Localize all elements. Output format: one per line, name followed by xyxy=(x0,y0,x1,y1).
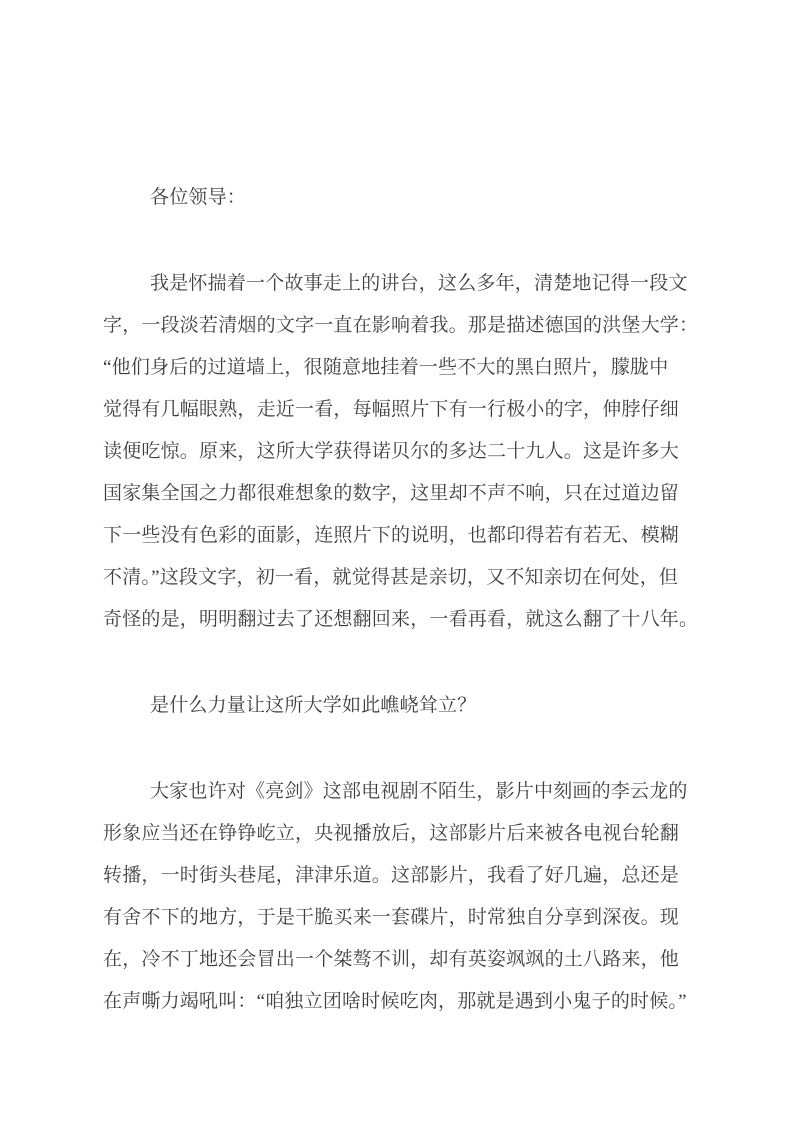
text-line: 奇怪的是，明明翻过去了还想翻回来，一看再看，就这么翻了十八年。 xyxy=(103,599,695,641)
text-line: 在，冷不丁地还会冒出一个桀骜不训，却有英姿飒飒的土八路来，他 xyxy=(103,939,695,981)
paragraph-1: 我是怀揣着一个故事走上的讲台，这么多年，清楚地记得一段文字，一段淡若清烟的文字一… xyxy=(103,263,695,641)
text-line: 有舍不下的地方，于是干脆买来一套碟片，时常独自分享到深夜。现 xyxy=(103,897,695,939)
text-line: 转播，一时街头巷尾，津津乐道。这部影片，我看了好几遍，总还是 xyxy=(103,855,695,897)
text-line: 觉得有几幅眼熟，走近一看，每幅照片下有一行极小的字，伸脖仔细 xyxy=(103,389,695,431)
salutation: 各位领导： xyxy=(103,177,695,219)
text-line: 各位领导： xyxy=(103,177,695,219)
document-body: 各位领导：我是怀揣着一个故事走上的讲台，这么多年，清楚地记得一段文字，一段淡若清… xyxy=(103,177,695,1023)
text-line: “他们身后的过道墙上，很随意地挂着一些不大的黑白照片，朦胧中 xyxy=(103,347,695,389)
text-line: 读便吃惊。原来，这所大学获得诺贝尔的多达二十九人。这是许多大 xyxy=(103,431,695,473)
text-line: 国家集全国之力都很难想象的数字，这里却不声不响，只在过道边留 xyxy=(103,473,695,515)
text-line: 不清。”这段文字，初一看，就觉得甚是亲切，又不知亲切在何处，但 xyxy=(103,557,695,599)
text-line: 形象应当还在铮铮屹立，央视播放后，这部影片后来被各电视台轮翻 xyxy=(103,813,695,855)
text-line: 字，一段淡若清烟的文字一直在影响着我。那是描述德国的洪堡大学： xyxy=(103,305,695,347)
text-line: 在声嘶力竭吼叫：“咱独立团啥时候吃肉，那就是遇到小鬼子的时候。” xyxy=(103,981,695,1023)
text-line: 大家也许对《亮剑》这部电视剧不陌生，影片中刻画的李云龙的 xyxy=(103,771,695,813)
text-line: 我是怀揣着一个故事走上的讲台，这么多年，清楚地记得一段文 xyxy=(103,263,695,305)
question-line: 是什么力量让这所大学如此嶕峣耸立？ xyxy=(103,685,695,727)
document-page: 各位领导：我是怀揣着一个故事走上的讲台，这么多年，清楚地记得一段文字，一段淡若清… xyxy=(0,0,793,1122)
paragraph-2: 大家也许对《亮剑》这部电视剧不陌生，影片中刻画的李云龙的形象应当还在铮铮屹立，央… xyxy=(103,771,695,1023)
text-line: 下一些没有色彩的面影，连照片下的说明，也都印得若有若无、模糊 xyxy=(103,515,695,557)
text-line: 是什么力量让这所大学如此嶕峣耸立？ xyxy=(103,685,695,727)
